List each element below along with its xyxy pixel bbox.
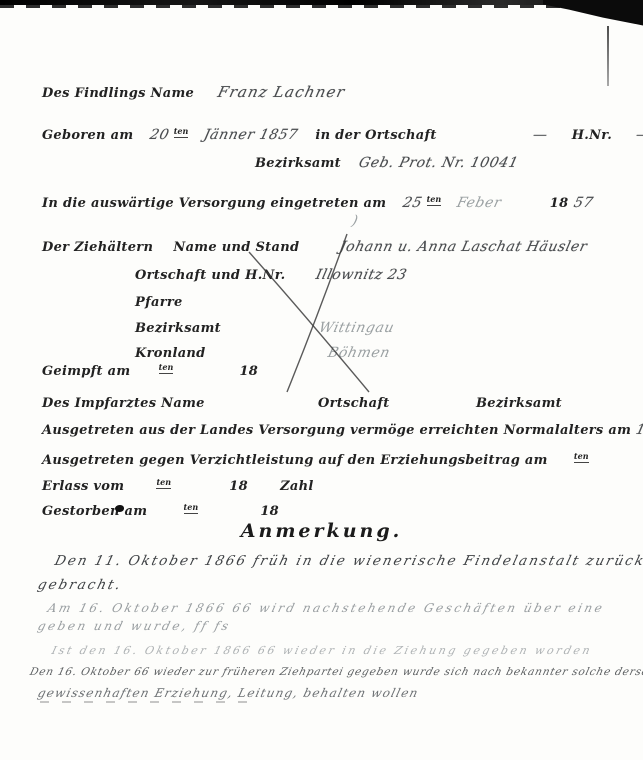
ziehaeltern-kronland-value: Böhmen (326, 345, 392, 361)
ten-superscript: ten (427, 194, 442, 206)
austritt-day-value: 19 (634, 422, 643, 438)
ortschaft-label: in der Ortschaft (315, 128, 436, 143)
geboren-day-value: 20 (148, 127, 171, 143)
field-geimpft: Geimpft am ten 18 (42, 360, 258, 379)
field-bezirksamt-geburt: Bezirksamt Geb. Prot. Nr. 10041 (255, 152, 518, 171)
geimpft-label: Geimpft am (42, 364, 130, 379)
page-crease-line (607, 26, 609, 86)
ortschaft-dash: — (531, 127, 549, 143)
scan-smudge (40, 701, 250, 703)
kronland-label: Kronland (135, 346, 206, 361)
findling-name-value: Franz Lachner (216, 83, 347, 101)
field-austritt-verzicht: Ausgetreten gegen Verzichtleistung auf d… (42, 449, 643, 468)
anmerkung-section: Anmerkung. (0, 520, 643, 542)
year-prefix: 18 (229, 479, 248, 494)
folded-corner-artifact (543, 0, 643, 44)
year-prefix: 18 (239, 364, 258, 379)
field-findling-name: Des Findlings Name Franz Lachner (42, 82, 345, 101)
eingetreten-day-value: 25 (401, 195, 424, 211)
impfarzt-ortschaft-label: Ortschaft (318, 396, 390, 411)
anmerkung-note-1: Den 11. Oktober 1866 früh in die wieneri… (55, 550, 643, 569)
geburtsprotokoll-value: Geb. Prot. Nr. 10041 (357, 155, 520, 171)
field-geboren: Geboren am 20 ten Jänner 1857 in der Ort… (42, 124, 643, 143)
geboren-month-value: Jänner 1857 (202, 127, 299, 143)
field-gestorben: Gestorben am ten 18 (42, 500, 279, 519)
hausnummer-label: H.Nr. (572, 128, 612, 143)
stray-pen-mark: ) (352, 210, 358, 229)
austritt-verzicht-label: Ausgetreten gegen Verzichtleistung auf d… (42, 453, 548, 468)
ziehaeltern-bezirksamt-value: Wittingau (317, 320, 396, 336)
ink-blot (115, 505, 124, 512)
bezirksamt-label: Bezirksamt (255, 156, 341, 171)
ten-superscript: ten (184, 502, 199, 514)
field-impfarzt-bezirksamt: Bezirksamt (476, 392, 562, 411)
year-prefix: 18 (260, 504, 279, 519)
ten-superscript: ten (574, 451, 589, 463)
anmerkung-heading: Anmerkung. (241, 520, 402, 542)
field-impfarzt-ortschaft: Ortschaft (318, 392, 390, 411)
field-ziehaeltern-pfarre: Pfarre (135, 291, 213, 310)
field-ziehaeltern-ortschaft: Ortschaft und H.Nr. Illownitz 23 (135, 264, 407, 283)
scan-edge-artifact-top-ragged (0, 5, 643, 8)
name-stand-label: Name und Stand (173, 240, 299, 255)
zahl-label: Zahl (280, 479, 314, 494)
bezirksamt-label: Bezirksamt (135, 321, 221, 336)
field-erlass: Erlass vom ten 18 Zahl (42, 475, 314, 494)
scanned-document-page: Des Findlings Name Franz Lachner Geboren… (0, 0, 643, 760)
ten-superscript: ten (156, 477, 171, 489)
anmerkung-note-6: Den 16. Oktober 66 wieder zur früheren Z… (30, 660, 643, 679)
field-ziehaeltern-name: Der Ziehältern Name und Stand Johann u. … (42, 236, 587, 255)
year-prefix: 18 (550, 196, 569, 211)
ten-superscript: ten (159, 362, 174, 374)
findling-name-label: Des Findlings Name (42, 86, 194, 101)
eingetreten-year-value: 57 (572, 195, 595, 211)
eingetreten-month-value: Feber (456, 195, 504, 211)
field-ziehaeltern-bezirksamt: Bezirksamt Wittingau (135, 317, 394, 336)
anmerkung-note-4: geben und wurde, ff fs (38, 615, 231, 634)
field-eingetreten: In die auswärtige Versorgung eingetreten… (42, 192, 593, 211)
pfarre-label: Pfarre (135, 295, 183, 310)
impfarzt-bezirksamt-label: Bezirksamt (476, 396, 562, 411)
ten-superscript: ten (174, 126, 189, 138)
ziehaeltern-label: Der Ziehältern (42, 240, 153, 255)
anmerkung-note-3: Am 16. Oktober 1866 66 wird nachstehende… (48, 597, 604, 616)
ziehaeltern-ortschaft-value: Illownitz 23 (314, 267, 409, 283)
hausnummer-dash: — (634, 127, 643, 143)
anmerkung-note-5: Ist den 16. Oktober 1866 66 wieder in di… (52, 639, 592, 658)
gestorben-label: Gestorben am (42, 504, 147, 519)
anmerkung-note-7: gewissenhaften Erziehung, Leitung, behal… (38, 682, 419, 701)
field-austritt-normalalter: Ausgetreten aus der Landes Versorgung ve… (42, 419, 643, 438)
field-impfarzt: Des Impfarztes Name (42, 392, 205, 411)
impfarzt-name-label: Des Impfarztes Name (42, 396, 205, 411)
eingetreten-label: In die auswärtige Versorgung eingetreten… (42, 196, 386, 211)
erlass-label: Erlass vom (42, 479, 124, 494)
geboren-label: Geboren am (42, 128, 133, 143)
ortschaft-hnr-label: Ortschaft und H.Nr. (135, 268, 286, 283)
field-ziehaeltern-kronland: Kronland Böhmen (135, 342, 390, 361)
austritt-normal-label: Ausgetreten aus der Landes Versorgung ve… (42, 423, 631, 438)
anmerkung-note-2: gebracht. (38, 574, 122, 593)
ziehaeltern-name-value: Johann u. Anna Laschat Häusler (338, 239, 589, 255)
